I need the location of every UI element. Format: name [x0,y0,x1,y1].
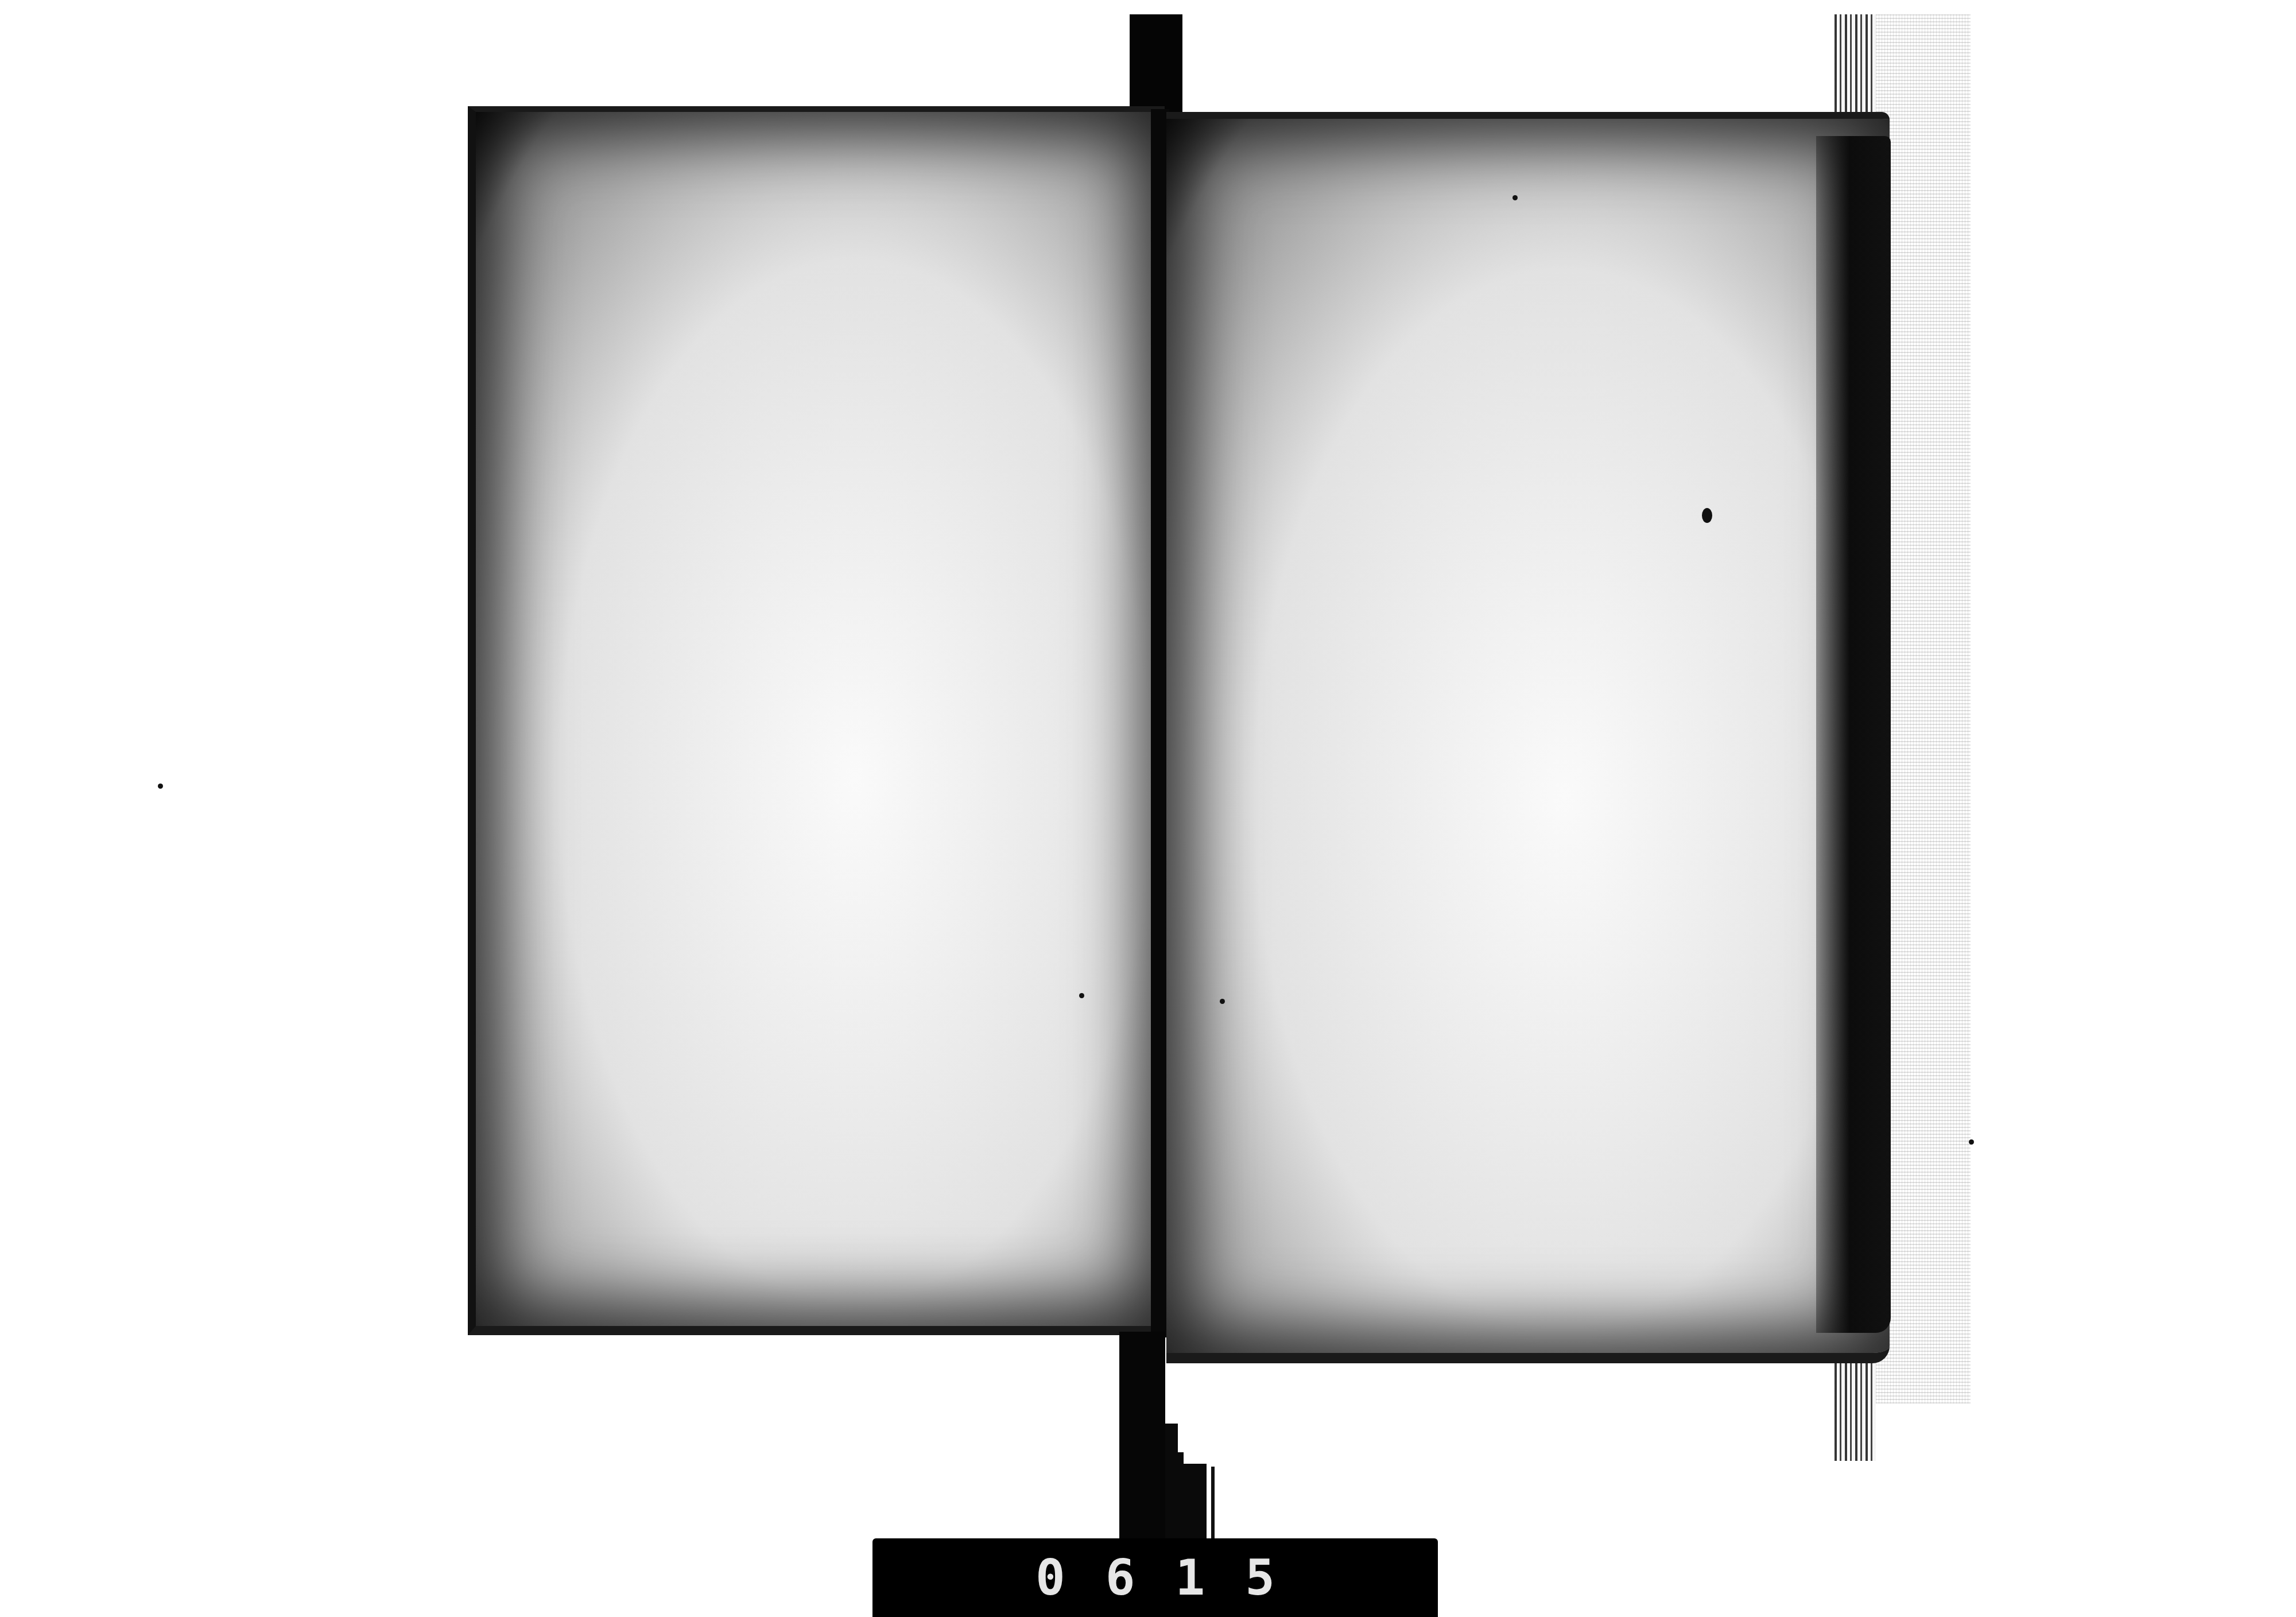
frame-label-plate: 0615 [872,1538,1438,1617]
bottom-clip-step [1178,1452,1184,1538]
scanned-book-spread: 0615 [0,0,2296,1617]
bottom-clip-step [1184,1464,1207,1538]
right-page [1166,112,1890,1363]
scan-speck [1220,999,1225,1004]
left-page [468,106,1165,1335]
clip-pin [1211,1467,1215,1538]
scan-speck [1512,195,1518,200]
scan-speck [1969,1139,1974,1145]
bottom-clip [1119,1332,1165,1538]
scan-speck [1702,508,1712,523]
bottom-clip-step [1165,1424,1178,1538]
scan-speck [158,784,163,789]
frame-number: 0615 [995,1549,1315,1607]
scan-speck [1079,993,1084,998]
